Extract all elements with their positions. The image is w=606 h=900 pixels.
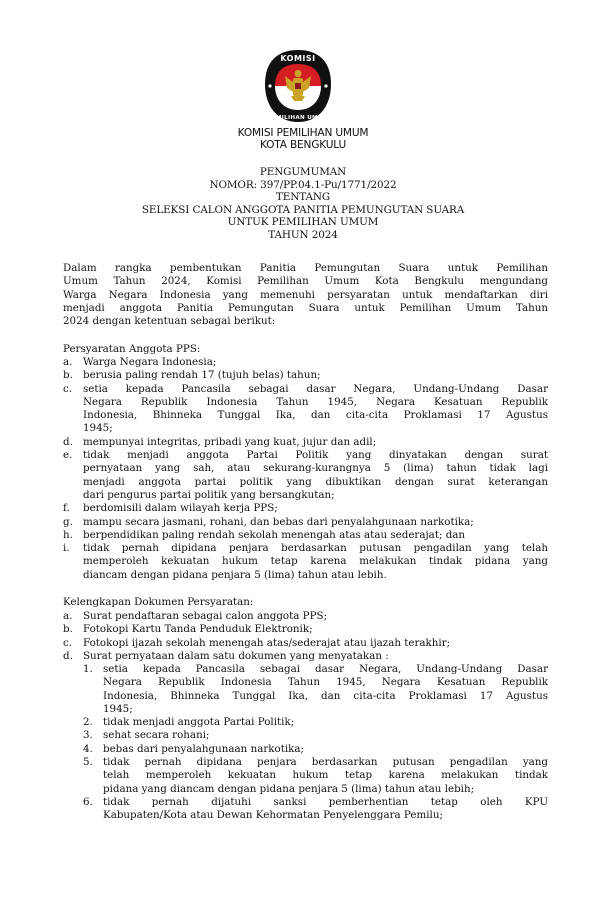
list-marker: d. [63,436,73,449]
list-marker: 4. [83,743,93,756]
list-marker: e. [63,449,72,462]
kpu-logo-icon: KOMISI PEMILIHAN UMUM [261,48,335,124]
statement-text: pidana yang diancam dengan pidana penjar… [103,783,548,796]
statement-text: bebas dari penyalahgunaan narkotika; [103,743,548,756]
statement-text: tidak menjadi anggota Partai Politik; [103,716,548,729]
documents-list: a.Surat pendaftaran sebagai calon anggot… [63,610,548,663]
requirement-text: dari pengurus partai politik yang bersan… [83,489,548,502]
document-text: Surat pendaftaran sebagai calon anggota … [83,610,548,623]
announcement-title: PENGUMUMAN [0,166,606,179]
document-text: Fotokopi Kartu Tanda Penduduk Elektronik… [83,623,548,636]
intro-line: menjadi anggota Panitia Pemungutan Suara… [63,302,548,315]
intro-line: Dalam rangka pembentukan Panitia Pemungu… [63,262,548,275]
requirement-text: berdomisili dalam wilayah kerja PPS; [83,502,548,515]
requirement-text: berusia paling rendah 17 (tujuh belas) t… [83,369,548,382]
requirement-text: Indonesia, Bhinneka Tunggal Ika, dan cit… [83,409,548,422]
document-item: d.Surat pernyataan dalam satu dokumen ya… [63,650,548,663]
requirement-item: i.tidak pernah dipidana penjara berdasar… [63,542,548,582]
statement-item: 2.tidak menjadi anggota Partai Politik; [83,716,548,729]
requirement-item: c.setia kepada Pancasila sebagai dasar N… [63,383,548,436]
document-text: Surat pernyataan dalam satu dokumen yang… [83,650,548,663]
organization-name: KOMISI PEMILIHAN UMUM [0,127,606,139]
list-marker: 3. [83,729,93,742]
statement-text: Kabupaten/Kota atau Dewan Kehormatan Pen… [103,809,548,822]
statement-item: 5.tidak pernah dipidana penjara berdasar… [83,756,548,796]
statement-text: 1945; [103,703,548,716]
statement-item: 1.setia kepada Pancasila sebagai dasar N… [83,663,548,716]
statement-text: tidak pernah dijatuhi sanksi pemberhenti… [103,796,548,809]
requirement-item: d.mempunyai integritas, pribadi yang kua… [63,436,548,449]
statement-text: setia kepada Pancasila sebagai dasar Neg… [103,663,548,676]
requirement-text: setia kepada Pancasila sebagai dasar Neg… [83,383,548,396]
requirement-text: mempunyai integritas, pribadi yang kuat,… [83,436,548,449]
requirement-text: 1945; [83,422,548,435]
statements-list: 1.setia kepada Pancasila sebagai dasar N… [83,663,548,823]
announcement-subject-line: SELEKSI CALON ANGGOTA PANITIA PEMUNGUTAN… [0,204,606,217]
announcement-number: NOMOR: 397/PP.04.1-Pu/1771/2022 [0,179,606,192]
list-marker: c. [63,637,72,650]
document-page: KOMISI PEMILIHAN UMUM KOMISI PEMILIHAN U… [0,0,606,900]
announcement-about: TENTANG [0,191,606,204]
announcement-subject-line: TAHUN 2024 [0,229,606,242]
document-text: Fotokopi ijazah sekolah menengah atas/se… [83,637,548,650]
intro-line: 2024 dengan ketentuan sebagai berikut: [63,315,548,328]
intro-line: Warga Negara Indonesia yang memenuhi per… [63,289,548,302]
list-marker: c. [63,383,72,396]
intro-paragraph: Dalam rangka pembentukan Panitia Pemungu… [63,262,548,328]
documents-title: Kelengkapan Dokumen Persyaratan: [63,596,253,609]
requirement-text: Negara Republik Indonesia Tahun 1945, Ne… [83,396,548,409]
announcement-heading: PENGUMUMAN NOMOR: 397/PP.04.1-Pu/1771/20… [0,166,606,242]
statement-text: sehat secara rohani; [103,729,548,742]
list-marker: a. [63,356,72,369]
requirement-text: mampu secara jasmani, rohani, dan bebas … [83,516,548,529]
organization-city: KOTA BENGKULU [0,139,606,151]
requirements-title: Persyaratan Anggota PPS: [63,343,200,356]
statement-item: 3.sehat secara rohani; [83,729,548,742]
requirement-text: pernyataan yang sah, atau sekurang-kuran… [83,462,548,475]
requirements-list: a.Warga Negara Indonesia;b.berusia palin… [63,356,548,582]
list-marker: g. [63,516,73,529]
statement-text: Indonesia, Bhinneka Tunggal Ika, dan cit… [103,690,548,703]
requirement-text: memperoleh kekuatan hukum tetap karena m… [83,555,548,568]
requirement-text: tidak pernah dipidana penjara berdasarka… [83,542,548,555]
list-marker: 6. [83,796,93,809]
list-marker: a. [63,610,72,623]
requirement-text: menjadi anggota partai politik yang dibu… [83,476,548,489]
statement-item: 6.tidak pernah dijatuhi sanksi pemberhen… [83,796,548,823]
requirement-text: berpendidikan paling rendah sekolah mene… [83,529,548,542]
document-item: a.Surat pendaftaran sebagai calon anggot… [63,610,548,623]
list-marker: b. [63,369,73,382]
list-marker: 1. [83,663,93,676]
intro-line: Umum Tahun 2024, Komisi Pemilihan Umum K… [63,275,548,288]
list-marker: d. [63,650,73,663]
requirement-text: diancam dengan pidana penjara 5 (lima) t… [83,569,548,582]
requirement-item: g.mampu secara jasmani, rohani, dan beba… [63,516,548,529]
requirement-text: Warga Negara Indonesia; [83,356,548,369]
list-marker: 5. [83,756,93,769]
list-marker: h. [63,529,73,542]
document-item: c.Fotokopi ijazah sekolah menengah atas/… [63,637,548,650]
statement-text: tidak pernah dipidana penjara berdasarka… [103,756,548,769]
announcement-subject-line: UNTUK PEMILIHAN UMUM [0,216,606,229]
statement-item: 4.bebas dari penyalahgunaan narkotika; [83,743,548,756]
requirement-item: f.berdomisili dalam wilayah kerja PPS; [63,502,548,515]
requirement-item: h.berpendidikan paling rendah sekolah me… [63,529,548,542]
svg-text:KOMISI: KOMISI [280,54,315,63]
requirement-item: e.tidak menjadi anggota Partai Politik y… [63,449,548,502]
svg-text:PEMILIHAN UMUM: PEMILIHAN UMUM [267,115,328,121]
requirement-text: tidak menjadi anggota Partai Politik yan… [83,449,548,462]
list-marker: f. [63,502,70,515]
requirement-item: a.Warga Negara Indonesia; [63,356,548,369]
requirement-item: b.berusia paling rendah 17 (tujuh belas)… [63,369,548,382]
list-marker: i. [63,542,70,555]
statement-text: Negara Republik Indonesia Tahun 1945, Ne… [103,676,548,689]
document-item: b.Fotokopi Kartu Tanda Penduduk Elektron… [63,623,548,636]
list-marker: b. [63,623,73,636]
statement-text: telah memperoleh kekuatan hukum tetap ka… [103,769,548,782]
list-marker: 2. [83,716,93,729]
